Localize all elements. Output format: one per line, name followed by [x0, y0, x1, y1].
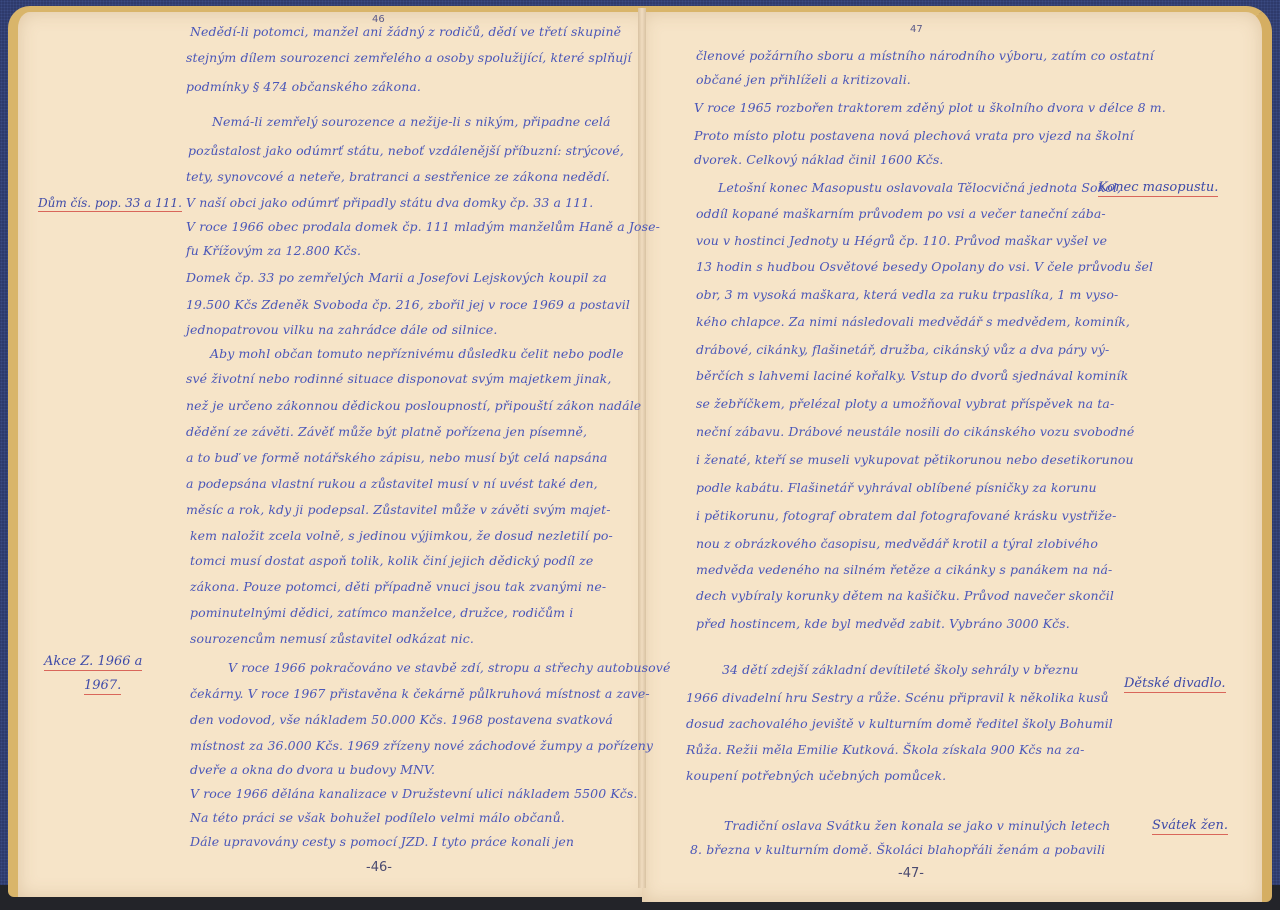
text-line: jednopatrovou vilku na zahrádce dále od …: [186, 322, 497, 337]
text-line: Domek čp. 33 po zemřelých Marii a Josefo…: [186, 270, 607, 285]
text-line: V roce 1966 obec prodala domek čp. 111 m…: [186, 219, 660, 234]
text-line: obr, 3 m vysoká maškara, která vedla za …: [696, 287, 1118, 302]
text-line: pominutelnými dědici, zatímco manželce, …: [190, 605, 573, 620]
text-line: 13 hodin s hudbou Osvětové besedy Opolan…: [696, 259, 1153, 274]
text-line: dveře a okna do dvora u budovy MNV.: [190, 762, 435, 777]
text-line: své životní nebo rodinné situace dispono…: [186, 371, 611, 386]
text-line: nou z obrázkového časopisu, medvědář kro…: [696, 536, 1098, 551]
margin-note-year: 1967.: [84, 678, 121, 695]
text-line: měsíc a rok, kdy ji podepsal. Zůstavitel…: [186, 502, 611, 517]
text-line: před hostincem, kde byl medvěd zabit. Vy…: [696, 616, 1070, 631]
text-line: dvorek. Celkový náklad činil 1600 Kčs.: [694, 152, 943, 167]
text-line: a to buď ve formě notářského zápisu, neb…: [186, 450, 607, 465]
margin-note-house: Dům čís. pop. 33 a 111.: [38, 196, 182, 212]
text-line: občané jen přihlíželi a kritizovali.: [696, 72, 911, 87]
text-line: se žebříčkem, přelézal ploty a umožňoval…: [696, 396, 1114, 411]
text-line: pozůstalost jako odúmrť státu, neboť vzd…: [188, 143, 624, 158]
text-line: kem naložit zcela volně, s jedinou výjim…: [190, 528, 613, 543]
text-line: V roce 1966 dělána kanalizace v Družstev…: [190, 786, 638, 801]
text-line: dědění ze závěti. Závěť může být platně …: [186, 424, 587, 439]
page-number-bottom: -47-: [898, 866, 924, 881]
text-line: Dále upravovány cesty s pomocí JZD. I ty…: [190, 834, 574, 849]
text-line: běrčích s lahvemi laciné kořalky. Vstup …: [696, 368, 1128, 383]
margin-note-akce-z: Akce Z. 1966 a: [44, 654, 142, 671]
text-line: kého chlapce. Za nimi následovali medvěd…: [696, 314, 1130, 329]
text-line: 34 dětí zdejší základní devítileté školy…: [722, 662, 1079, 677]
text-line: členové požárního sboru a místního národ…: [696, 48, 1154, 63]
text-line: V roce 1966 pokračováno ve stavbě zdí, s…: [228, 660, 670, 675]
text-line: než je určeno zákonnou dědickou posloupn…: [186, 398, 641, 413]
text-line: i ženaté, kteří se museli vykupovat pěti…: [696, 452, 1134, 467]
text-line: dosud zachovalého jeviště v kulturním do…: [686, 716, 1113, 731]
text-line: 8. března v kulturním domě. Školáci blah…: [690, 842, 1105, 857]
text-line: 1966 divadelní hru Sestry a růže. Scénu …: [686, 690, 1109, 705]
text-line: Nemá-li zemřelý sourozence a nežije-li s…: [212, 114, 611, 129]
text-line: Tradiční oslava Svátku žen konala se jak…: [724, 818, 1110, 833]
text-line: podmínky § 474 občanského zákona.: [186, 79, 421, 94]
text-line: sourozencům nemusí zůstavitel odkázat ni…: [190, 631, 474, 646]
text-line: Proto místo plotu postavena nová plechov…: [694, 128, 1134, 143]
text-line: medvěda vedeného na silném řetěze a ciká…: [696, 562, 1112, 577]
page-number-top: 47: [910, 24, 923, 35]
text-line: Letošní konec Masopustu oslavovala Těloc…: [718, 180, 1121, 195]
text-line: dech vybíraly korunky dětem na kašičku. …: [696, 588, 1114, 603]
text-line: oddíl kopané maškarním průvodem po vsi a…: [696, 206, 1106, 221]
text-line: Aby mohl občan tomuto nepříznivému důsle…: [210, 346, 624, 361]
text-line: i pětikorunu, fotograf obratem dal fotog…: [696, 508, 1116, 523]
text-line: stejným dílem sourozenci zemřelého a oso…: [186, 50, 631, 65]
text-line: a podepsána vlastní rukou a zůstavitel m…: [186, 476, 598, 491]
text-line: tety, synovcové a neteře, bratranci a se…: [186, 169, 610, 184]
text-line: zákona. Pouze potomci, děti případně vnu…: [190, 579, 606, 594]
text-line: den vodovod, vše nákladem 50.000 Kčs. 19…: [190, 712, 613, 727]
text-line: čekárny. V roce 1967 přistavěna k čekárn…: [190, 686, 650, 701]
text-line: vou v hostinci Jednoty u Hégrů čp. 110. …: [696, 233, 1107, 248]
text-line: V naší obci jako odúmrť připadly státu d…: [186, 195, 593, 210]
text-line: 19.500 Kčs Zdeněk Svoboda čp. 216, zboři…: [186, 297, 630, 312]
text-line: neční zábavu. Drábové neustále nosili do…: [696, 424, 1134, 439]
text-line: Růža. Režii měla Emilie Kutková. Škola z…: [686, 742, 1084, 757]
book-gutter: [638, 8, 646, 888]
page-number-bottom: -46-: [366, 860, 392, 875]
margin-note-svatek: Svátek žen.: [1152, 818, 1228, 835]
margin-note-divadlo: Dětské divadlo.: [1124, 676, 1226, 693]
text-line: Nedědí-li potomci, manžel ani žádný z ro…: [190, 24, 621, 39]
text-line: tomci musí dostat aspoň tolik, kolik čin…: [190, 553, 593, 568]
text-line: drábové, cikánky, flašinetář, družba, ci…: [696, 342, 1109, 357]
text-line: místnost za 36.000 Kčs. 1969 zřízeny nov…: [190, 738, 653, 753]
text-line: koupení potřebných učebných pomůcek.: [686, 768, 946, 783]
text-line: fu Křížovým za 12.800 Kčs.: [186, 243, 361, 258]
text-line: podle kabátu. Flašinetář vyhrával oblíbe…: [696, 480, 1097, 495]
text-line: V roce 1965 rozbořen traktorem zděný plo…: [694, 100, 1166, 115]
text-line: Na této práci se však bohužel podílelo v…: [190, 810, 565, 825]
